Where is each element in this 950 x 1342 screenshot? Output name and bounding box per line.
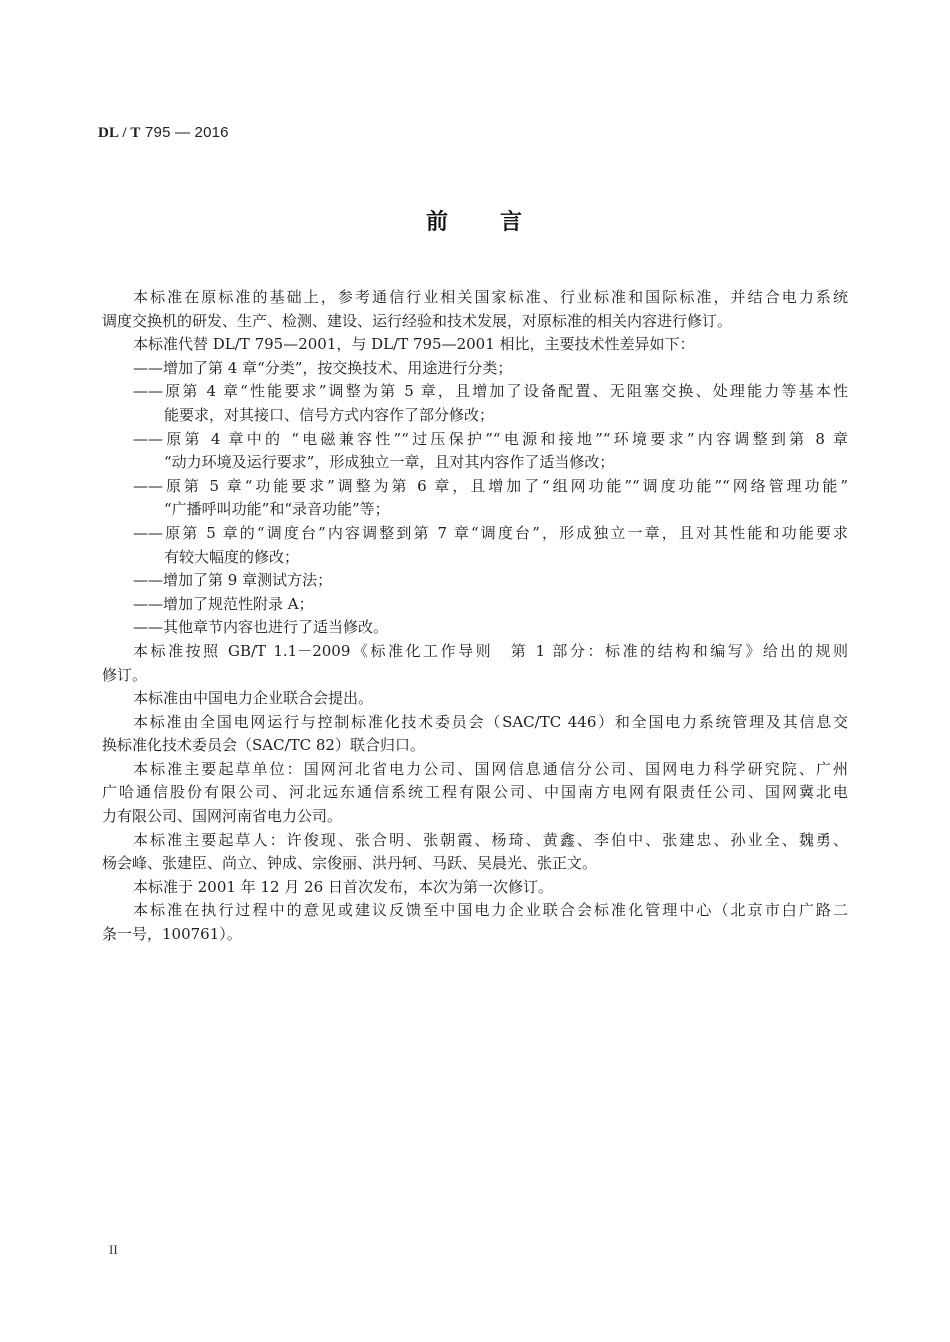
body-line: 本标准主要起草人：许俊现、张合明、张朝霞、杨琦、黄鑫、李伯中、张建忠、孙业全、魏… [102, 829, 848, 853]
page-number: II [109, 1242, 118, 1258]
body-line: 本标准主要起草单位：国网河北省电力公司、国网信息通信分公司、国网电力科学研究院、… [102, 758, 848, 782]
body-line: 条一号，100761）。 [102, 923, 848, 947]
body-line: 调度交换机的研发、生产、检测、建设、运行经验和技术发展，对原标准的相关内容进行修… [102, 310, 848, 334]
body-line: 本标准在原标准的基础上，参考通信行业相关国家标准、行业标准和国际标准，并结合电力… [102, 286, 848, 310]
list-item: ——增加了第 9 章测试方法； [102, 569, 848, 593]
list-item: ——其他章节内容也进行了适当修改。 [102, 616, 848, 640]
list-item: ——原第 4 章中的 “电磁兼容性”“过压保护”“电源和接地”“环境要求”内容调… [102, 428, 848, 452]
body-line: 修订。 [102, 664, 848, 688]
body-line: 换标准化技术委员会（SAC/TC 82）联合归口。 [102, 734, 848, 758]
body-line: 本标准在执行过程中的意见或建议反馈至中国电力企业联合会标准化管理中心（北京市白广… [102, 899, 848, 923]
body-line: 本标准于 2001 年 12 月 26 日首次发布，本次为第一次修订。 [102, 876, 848, 900]
list-item-continuation: “广播呼叫功能”和“录音功能”等； [102, 498, 848, 522]
list-item: ——增加了规范性附录 A； [102, 593, 848, 617]
standard-number: 795 — 2016 [141, 124, 229, 141]
body-line: 力有限公司、国网河南省电力公司。 [102, 805, 848, 829]
document-body: 本标准在原标准的基础上，参考通信行业相关国家标准、行业标准和国际标准，并结合电力… [102, 286, 848, 947]
body-line: 本标准代替 DL/T 795—2001，与 DL/T 795—2001 相比，主… [102, 333, 848, 357]
list-item: ——原第 5 章的“调度台”内容调整到第 7 章“调度台”，形成独立一章，且对其… [102, 522, 848, 546]
body-line: 广哈通信股份有限公司、河北远东通信系统工程有限公司、中国南方电网有限责任公司、国… [102, 781, 848, 805]
list-item-continuation: “动力环境及运行要求”，形成独立一章，且对其内容作了适当修改； [102, 451, 848, 475]
list-item: ——原第 5 章“功能要求”调整为第 6 章，且增加了“组网功能”“调度功能”“… [102, 475, 848, 499]
list-item-continuation: 能要求，对其接口、信号方式内容作了部分修改； [102, 404, 848, 428]
list-item: ——增加了第 4 章“分类”，按交换技术、用途进行分类； [102, 357, 848, 381]
list-item-continuation: 有较大幅度的修改； [102, 546, 848, 570]
list-item: ——原第 4 章“性能要求”调整为第 5 章，且增加了设备配置、无阻塞交换、处理… [102, 380, 848, 404]
body-line: 本标准由中国电力企业联合会提出。 [102, 687, 848, 711]
body-line: 本标准由全国电网运行与控制标准化技术委员会（SAC/TC 446）和全国电力系统… [102, 711, 848, 735]
body-line: 本标准按照 GB/T 1.1－2009《标准化工作导则 第 1 部分：标准的结构… [102, 640, 848, 664]
standard-code-header: DL / T 795 — 2016 [98, 124, 229, 142]
body-line: 杨会峰、张建臣、尚立、钟成、宗俊丽、洪丹轲、马跃、吴晨光、张正文。 [102, 852, 848, 876]
standard-prefix: DL / T [98, 125, 141, 141]
page-title: 前言 [0, 205, 950, 236]
